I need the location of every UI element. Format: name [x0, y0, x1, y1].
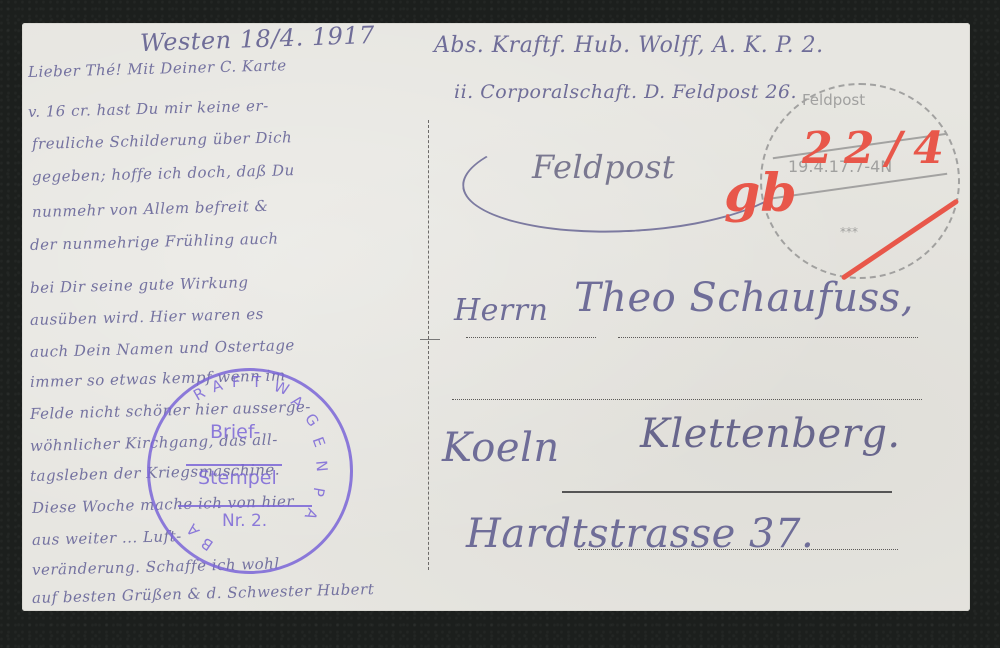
- stamp-ring-letter: E: [309, 434, 329, 449]
- recipient-city: Koeln: [442, 425, 560, 471]
- address-line-4: [578, 549, 898, 550]
- sender-line-1: Abs. Kraftf. Hub. Wolff, A. K. P. 2.: [434, 33, 824, 58]
- address-line-3: [562, 491, 892, 493]
- stamp-ring-letter: A: [183, 520, 203, 539]
- stamp-ring-letter: P: [309, 486, 328, 498]
- message-line: freuliche Schilderung über Dich: [32, 128, 293, 153]
- stamp-ring-letter: T: [252, 373, 261, 391]
- stamp-ring-letter: R: [190, 384, 208, 405]
- stamp-ring-letter: G: [301, 410, 322, 430]
- address-line-1b: [618, 337, 918, 338]
- censor-stamp: R A F T W A G E N P A B A Brief- Stempel…: [147, 368, 353, 574]
- red-pencil-initial: gb: [724, 163, 797, 224]
- recipient-street: Hardtstrasse 37.: [466, 511, 814, 557]
- stamp-line-stempel: Stempel: [198, 467, 277, 489]
- postcard-back: Westen 18/4. 1917 Lieber Thé! Mit Deiner…: [22, 23, 970, 611]
- message-line: der nunmehrige Frühling auch: [30, 229, 279, 254]
- center-divider: [428, 120, 429, 570]
- message-line: v. 16 cr. hast Du mir keine er-: [28, 97, 269, 121]
- address-line-2: [452, 399, 922, 400]
- postmark-bottom-text: ***: [840, 225, 858, 239]
- stamp-line-brief: Brief-: [210, 421, 260, 443]
- message-line: ausüben wird. Hier waren es: [30, 305, 264, 329]
- message-line: auch Dein Namen und Ostertage: [30, 336, 295, 361]
- divider-tick: [420, 339, 440, 340]
- stamp-ring-letter: W: [271, 377, 291, 399]
- feldpost-label: Feldpost: [532, 148, 675, 186]
- stamp-ring-letter: F: [232, 373, 241, 391]
- stamp-rule-bottom: [178, 505, 312, 507]
- message-line: Lieber Thé! Mit Deiner C. Karte: [28, 56, 287, 81]
- address-line-1: [466, 337, 596, 338]
- stamp-ring-letter: B: [198, 534, 217, 555]
- sender-line-2: ii. Corporalschaft. D. Feldpost 26.: [454, 81, 797, 103]
- stamp-ring-letter: A: [209, 376, 224, 396]
- postmark-bar-bottom: [773, 173, 948, 199]
- message-line: aus weiter ... Luft-: [32, 527, 182, 549]
- message-line: nunmehr von Allem befreit &: [32, 197, 269, 221]
- recipient-salutation: Herrn: [454, 293, 548, 328]
- postmark-top-text: Feldpost: [802, 91, 865, 109]
- stamp-ring-letter: A: [301, 506, 322, 523]
- message-line: auf besten Grüßen & d. Schwester Hubert: [32, 580, 375, 607]
- message-date: Westen 18/4. 1917: [140, 23, 376, 57]
- recipient-name: Theo Schaufuss,: [574, 275, 914, 321]
- stamp-ring-letter: N: [312, 460, 331, 473]
- message-line: gegeben; hoffe ich doch, daß Du: [32, 161, 295, 186]
- message-line: bei Dir seine gute Wirkung: [30, 273, 249, 297]
- stamp-rule-top: [186, 464, 282, 466]
- recipient-district: Klettenberg.: [640, 411, 901, 457]
- stamp-line-nr: Nr. 2.: [222, 511, 267, 531]
- stamp-ring-letter: A: [288, 392, 307, 413]
- red-pencil-marking: 2 2 / 4: [802, 123, 942, 174]
